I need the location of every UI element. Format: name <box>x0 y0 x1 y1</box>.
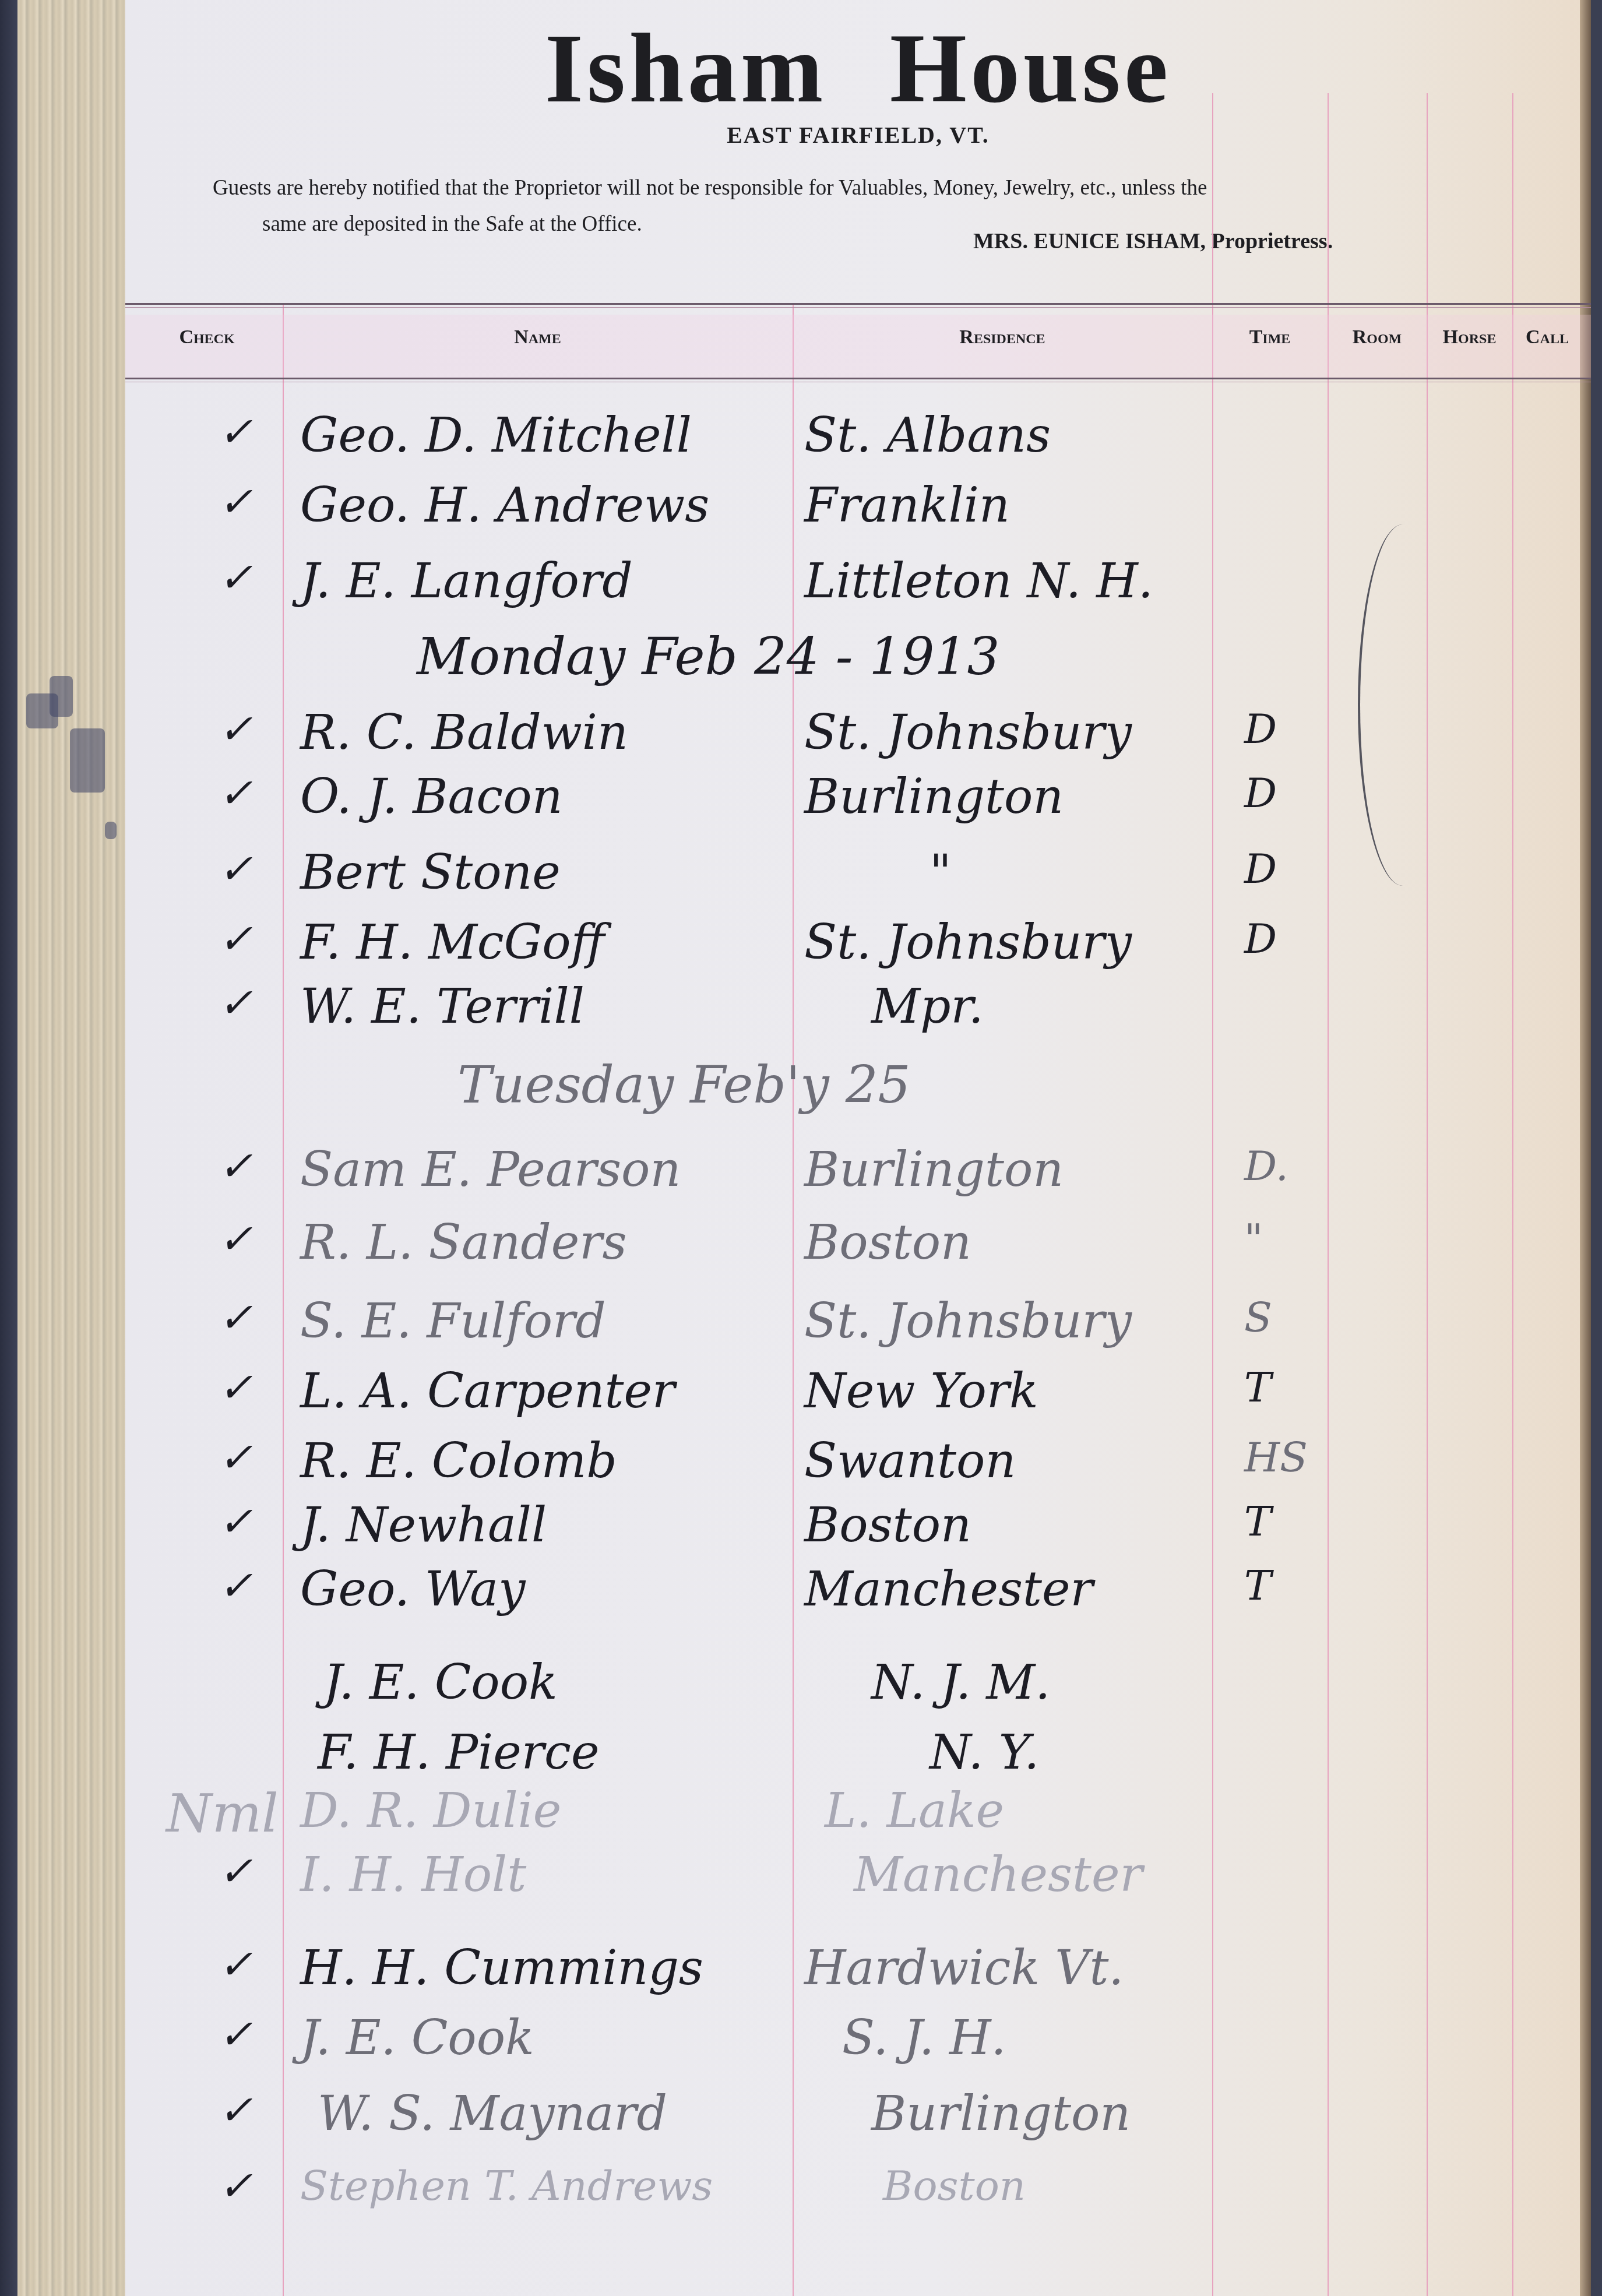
guest-name: Stephen T. Andrews <box>300 2162 713 2210</box>
guest-name: W. S. Maynard <box>318 2086 667 2142</box>
time-mark: " <box>1244 1215 1263 1263</box>
guest-residence: Franklin <box>804 478 1010 533</box>
proprietress-line: MRS. EUNICE ISHAM, Proprietress. <box>973 228 1333 254</box>
check-mark: ✓ <box>219 1215 253 1263</box>
time-mark: D <box>1244 845 1277 893</box>
check-mark: ✓ <box>219 1498 253 1545</box>
register-entry: ✓ Geo. H. Andrews Franklin <box>125 478 1591 548</box>
guest-name: F. H. Pierce <box>318 1725 599 1780</box>
guest-name: R. C. Baldwin <box>300 705 628 760</box>
check-mark: ✓ <box>219 1941 253 1988</box>
header-top-rule <box>125 303 1591 308</box>
check-mark: ✓ <box>219 769 253 817</box>
guest-name: I. H. Holt <box>300 1847 526 1903</box>
guest-residence: Manchester <box>804 1562 1093 1617</box>
guest-residence: Boston <box>804 1215 971 1270</box>
guest-residence: St. Johnsbury <box>804 1294 1132 1349</box>
check-mark: ✓ <box>219 2162 253 2210</box>
guest-name: J. Newhall <box>300 1498 547 1553</box>
guest-residence: Boston <box>804 1498 971 1553</box>
check-mark: ✓ <box>219 845 253 893</box>
guest-residence: St. Johnsbury <box>804 915 1132 970</box>
column-residence: Residence <box>793 326 1212 348</box>
guest-name: H. H. Cummings <box>300 1941 703 1996</box>
time-mark: D. <box>1244 1142 1288 1190</box>
check-mark: ✓ <box>219 1142 253 1190</box>
register-entry: ✓ Sam E. Pearson Burlington D. <box>125 1142 1591 1212</box>
guest-name: S. E. Fulford <box>300 1294 606 1349</box>
guest-name: O. J. Bacon <box>300 769 562 825</box>
time-mark: D <box>1244 915 1277 963</box>
check-mark: ✓ <box>219 1364 253 1411</box>
guest-residence: St. Johnsbury <box>804 705 1132 760</box>
guest-residence: St. Albans <box>804 408 1051 463</box>
register-entry: ✓ L. A. Carpenter New York T <box>125 1364 1591 1434</box>
guest-name: R. L. Sanders <box>300 1215 627 1270</box>
check-mark: ✓ <box>219 915 253 963</box>
ink-stain <box>105 822 117 839</box>
guest-residence: Swanton <box>804 1434 1016 1489</box>
notice-line-1: Guests are hereby notified that the Prop… <box>213 176 1207 200</box>
guest-name: J. E. Cook <box>300 2010 534 2066</box>
guest-name: J. E. Cook <box>323 1655 558 1710</box>
register-entry: ✓ S. E. Fulford St. Johnsbury S <box>125 1294 1591 1364</box>
date-text: Monday Feb 24 - 1913 <box>417 626 999 686</box>
guest-name: W. E. Terrill <box>300 979 585 1034</box>
guest-name: Geo. Way <box>300 1562 525 1617</box>
register-entry: ✓ Stephen T. Andrews Boston <box>125 2162 1591 2232</box>
guest-name: Bert Stone <box>300 845 561 900</box>
check-mark: ✓ <box>219 554 253 601</box>
check-mark: ✓ <box>219 979 253 1027</box>
guest-residence: " <box>929 845 952 900</box>
check-mark: ✓ <box>219 705 253 753</box>
column-check: Check <box>154 326 259 348</box>
register-entry: ✓ I. H. Holt Manchester <box>125 1847 1591 1917</box>
guest-residence: Burlington <box>804 1142 1064 1198</box>
check-mark: ✓ <box>219 408 253 456</box>
guest-residence: Burlington <box>871 2086 1131 2142</box>
column-horse: Horse <box>1427 326 1512 348</box>
check-mark: ✓ <box>219 478 253 526</box>
date-heading: Monday Feb 24 - 1913 <box>125 626 1591 696</box>
register-entry: ✓ J. Newhall Boston T <box>125 1498 1591 1568</box>
column-room: Room <box>1328 326 1427 348</box>
check-mark: ✓ <box>219 2086 253 2134</box>
register-entry: ✓ J. E. Langford Littleton N. H. <box>125 554 1591 624</box>
guest-residence: L. Lake <box>825 1783 1004 1839</box>
check-mark: ✓ <box>219 2010 253 2058</box>
register-entry: ✓ F. H. McGoff St. Johnsbury D <box>125 915 1591 985</box>
register-entry: ✓ R. L. Sanders Boston " <box>125 1215 1591 1285</box>
guest-residence: Mpr. <box>871 979 984 1034</box>
guest-residence: Boston <box>883 2162 1026 2210</box>
check-mark: ✓ <box>219 1434 253 1481</box>
guest-residence: Littleton N. H. <box>804 554 1153 609</box>
register-entry: J. E. Cook N. J. M. <box>125 1655 1591 1725</box>
guest-residence: Manchester <box>854 1847 1143 1903</box>
guest-name: Sam E. Pearson <box>300 1142 681 1198</box>
register-page: Isham House EAST FAIRFIELD, VT. Guests a… <box>125 0 1591 2296</box>
guest-name: Geo. H. Andrews <box>300 478 709 533</box>
guest-name: R. E. Colomb <box>300 1434 617 1489</box>
check-mark: ✓ <box>219 1294 253 1341</box>
column-name: Name <box>283 326 793 348</box>
date-text: Tuesday Feb'y 25 <box>457 1055 911 1115</box>
guest-residence: Hardwick Vt. <box>804 1941 1124 1996</box>
hotel-title: Isham House <box>125 12 1591 125</box>
register-entry: ✓ O. J. Bacon Burlington D <box>125 769 1591 839</box>
time-mark: HS <box>1244 1434 1308 1481</box>
guest-residence: N. J. M. <box>871 1655 1050 1710</box>
page-edges <box>17 0 125 2296</box>
time-mark: T <box>1244 1364 1272 1411</box>
book-spine <box>0 0 17 2296</box>
hotel-location: EAST FAIRFIELD, VT. <box>125 121 1591 149</box>
margin-note: Nml <box>166 1783 279 1844</box>
guest-residence: N. Y. <box>929 1725 1039 1780</box>
time-mark: T <box>1244 1562 1272 1610</box>
check-mark: ✓ <box>219 1847 253 1895</box>
register-entry: ✓ Geo. Way Manchester T <box>125 1562 1591 1632</box>
guest-residence: S. J. H. <box>842 2010 1006 2066</box>
time-mark: S <box>1244 1294 1272 1341</box>
guest-name: L. A. Carpenter <box>300 1364 675 1419</box>
ink-stain <box>26 693 58 728</box>
register-entry: Nml D. R. Dulie L. Lake <box>125 1783 1591 1853</box>
register-entry: ✓ H. H. Cummings Hardwick Vt. <box>125 1941 1591 2010</box>
time-mark: T <box>1244 1498 1272 1545</box>
register-entry: ✓ Bert Stone " D <box>125 845 1591 915</box>
register-entry: ✓ W. S. Maynard Burlington <box>125 2086 1591 2156</box>
date-heading: Tuesday Feb'y 25 <box>125 1055 1591 1125</box>
guest-name: Geo. D. Mitchell <box>300 408 692 463</box>
register-entry: ✓ R. E. Colomb Swanton HS <box>125 1434 1591 1503</box>
column-time: Time <box>1212 326 1328 348</box>
guest-name: J. E. Langford <box>300 554 633 609</box>
guest-name: F. H. McGoff <box>300 915 605 970</box>
check-mark: ✓ <box>219 1562 253 1610</box>
guest-residence: Burlington <box>804 769 1064 825</box>
guest-residence: New York <box>804 1364 1038 1419</box>
register-entry: ✓ Geo. D. Mitchell St. Albans <box>125 408 1591 478</box>
register-entry: ✓ W. E. Terrill Mpr. <box>125 979 1591 1049</box>
register-entry: ✓ J. E. Cook S. J. H. <box>125 2010 1591 2080</box>
column-call: Call <box>1512 326 1582 348</box>
guest-name: D. R. Dulie <box>300 1783 561 1839</box>
register-entry: ✓ R. C. Baldwin St. Johnsbury D <box>125 705 1591 775</box>
ink-stain <box>70 728 105 793</box>
time-mark: D <box>1244 769 1277 817</box>
header-bottom-rule <box>125 378 1591 382</box>
time-mark: D <box>1244 705 1277 753</box>
